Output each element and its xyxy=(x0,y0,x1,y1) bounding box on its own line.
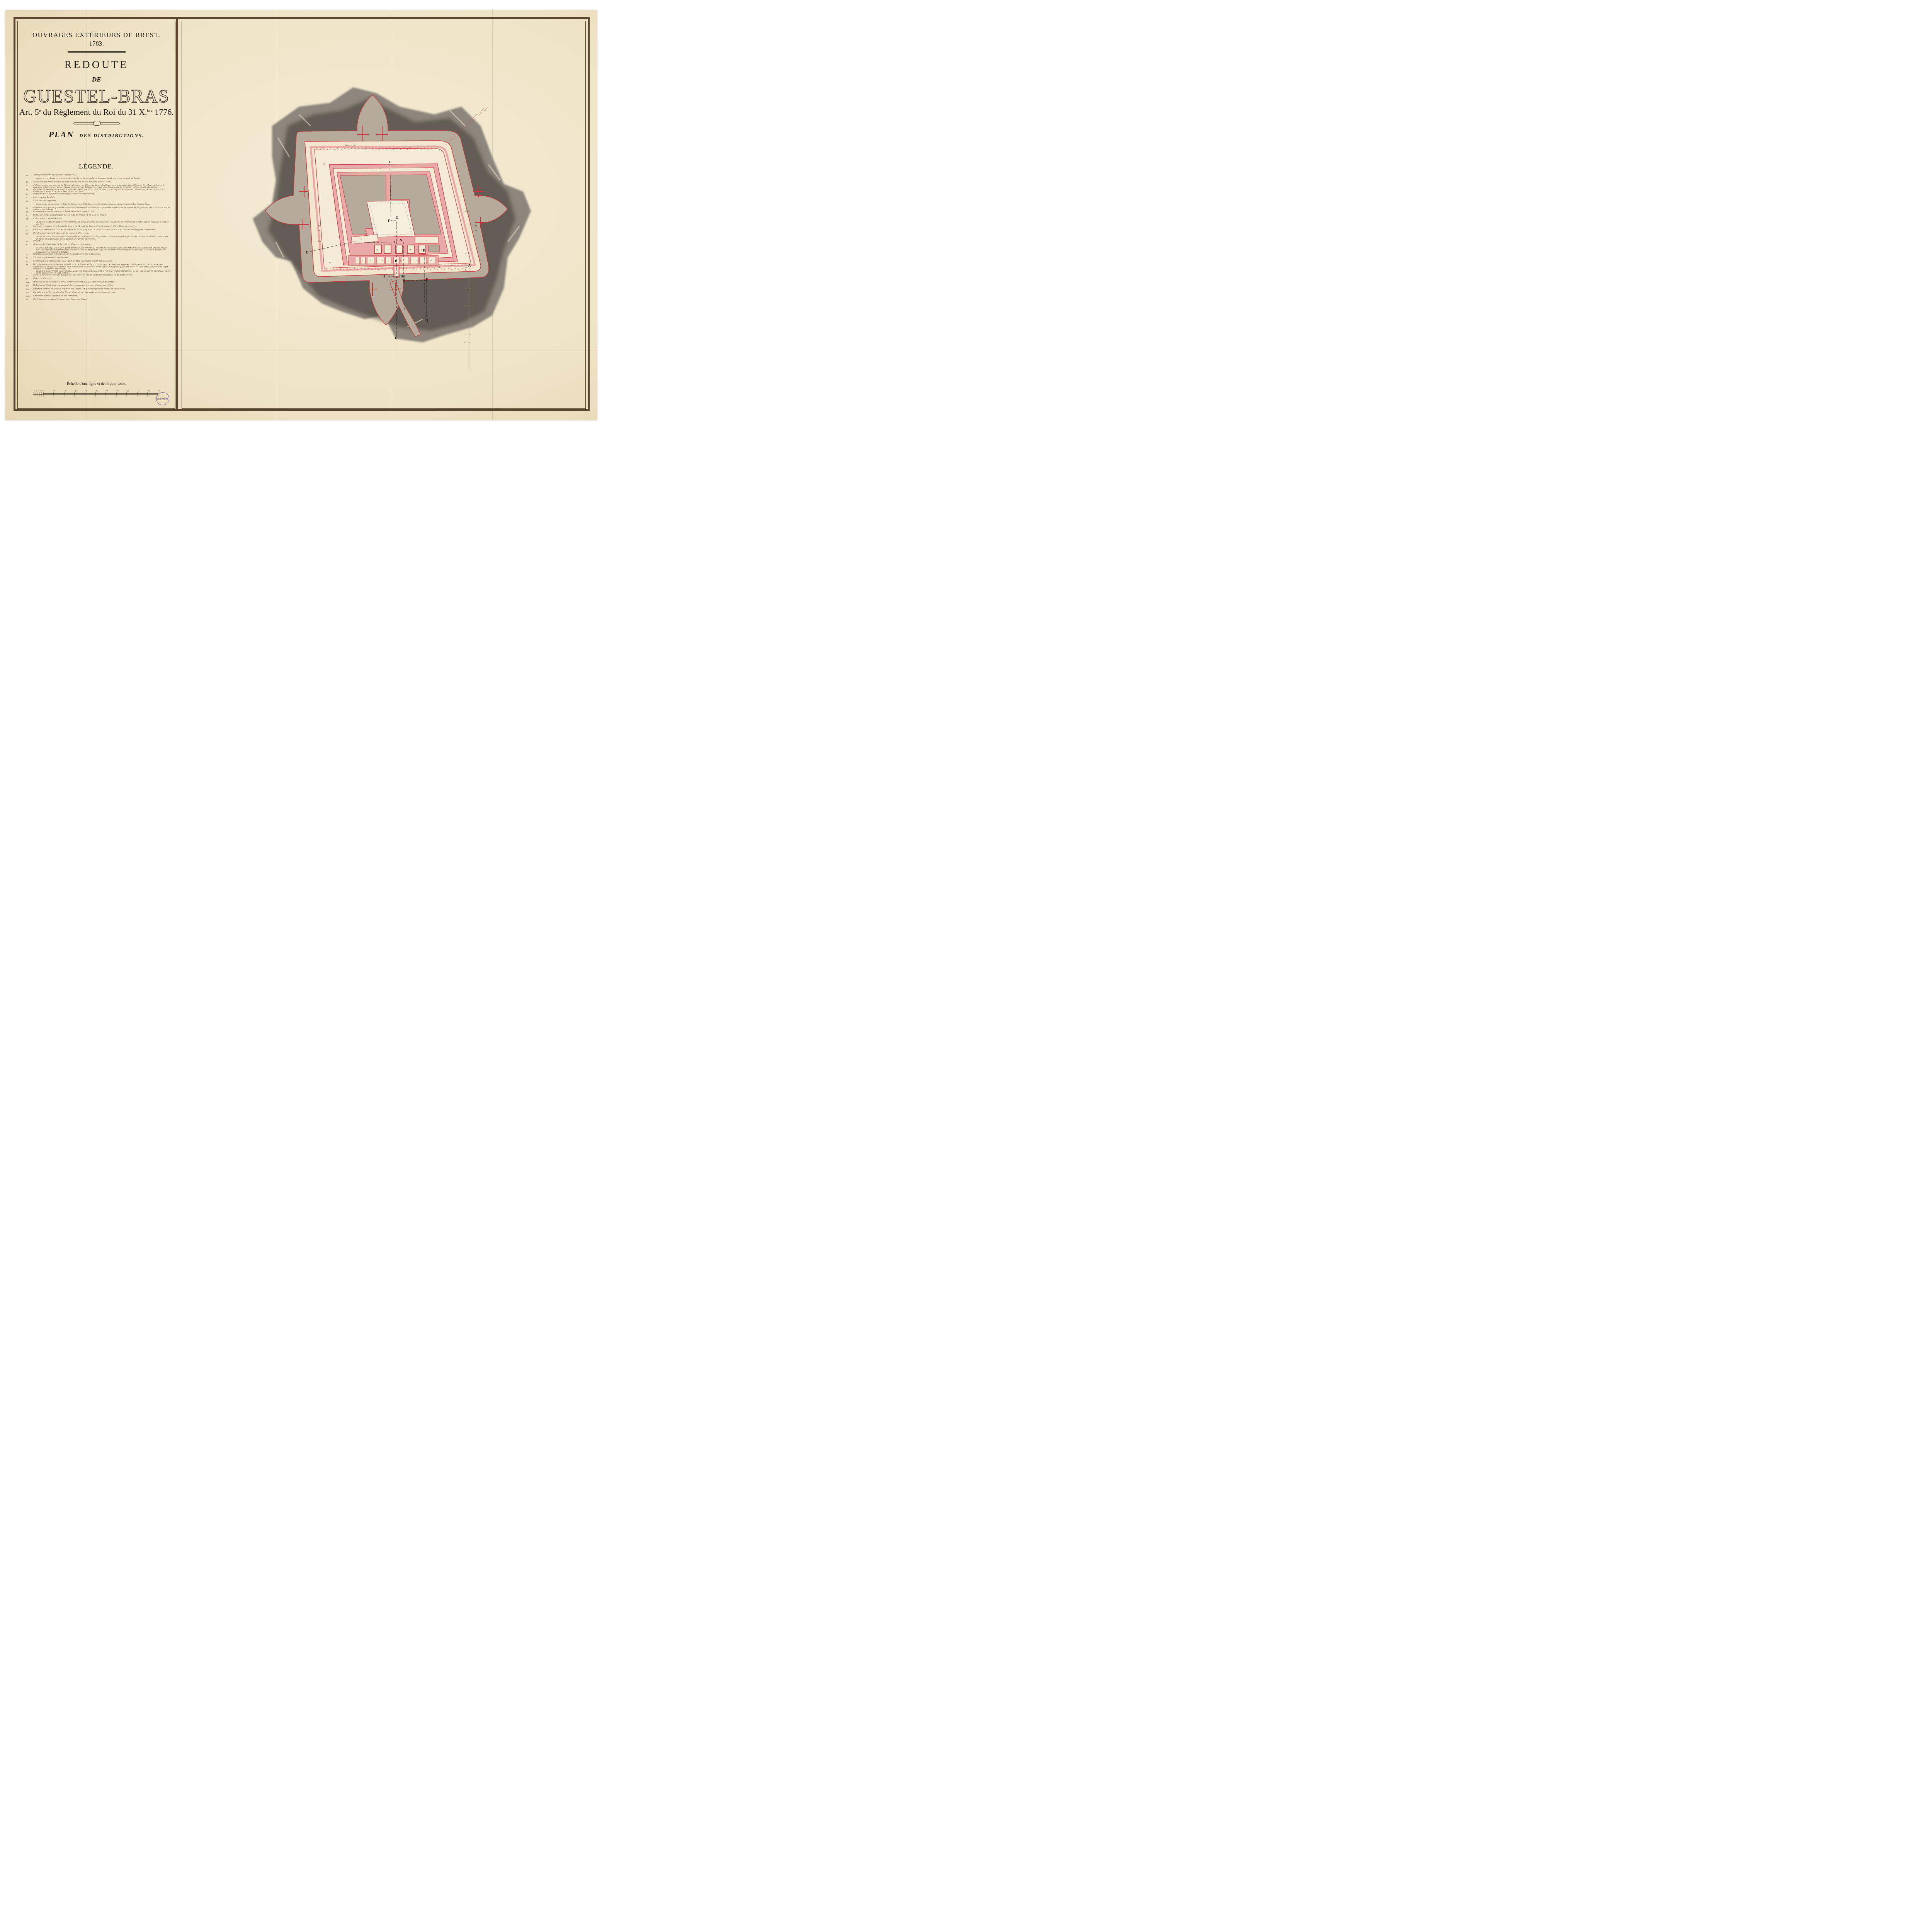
room-label: c xyxy=(383,260,384,262)
room-label: ee xyxy=(318,230,321,232)
room-label: k xyxy=(417,249,418,251)
section-marker: M xyxy=(401,274,405,278)
section-marker: I xyxy=(403,307,405,311)
section-marker: K xyxy=(423,248,425,252)
section-marker: G xyxy=(396,216,398,219)
room-label: aa xyxy=(394,274,396,276)
room-label: ee xyxy=(390,279,392,281)
room-label: dd xyxy=(386,279,388,281)
section-marker: Q xyxy=(425,318,428,322)
room-label: f xyxy=(357,259,357,262)
room-label: ff xyxy=(485,109,486,112)
pencil-scale-label: 30 xyxy=(464,287,468,290)
room-label: bb xyxy=(365,268,367,270)
room-label: e xyxy=(435,260,436,262)
room-label: p xyxy=(361,239,362,241)
room-label: r xyxy=(391,209,392,212)
room-label: b xyxy=(400,260,401,262)
room-label: n xyxy=(421,249,422,251)
room-label: cc xyxy=(329,262,332,264)
room-label: dd xyxy=(353,145,355,147)
room-label: e xyxy=(362,260,363,262)
room-label: dd xyxy=(474,225,477,227)
pencil-scale-label: 5 xyxy=(464,333,466,336)
room-label: d xyxy=(430,260,432,262)
redoubt-body xyxy=(329,164,457,277)
section-marker: O xyxy=(403,279,405,282)
room-label: c xyxy=(376,260,378,262)
room-label: bb xyxy=(438,266,440,269)
room-label: dd xyxy=(318,225,320,227)
pencil-scale-label: 10 xyxy=(464,322,468,325)
section-marker: P xyxy=(426,277,428,281)
room-label: r xyxy=(390,186,391,189)
room-label: o xyxy=(426,240,427,242)
room-label: q xyxy=(376,249,378,251)
section-marker: E xyxy=(389,160,391,164)
section-marker: C xyxy=(394,240,397,244)
pencil-scale-label: 20 xyxy=(464,304,468,307)
room-label: m xyxy=(410,249,412,251)
room-label: k xyxy=(382,249,383,251)
pencil-scale: 100504030201050 xyxy=(464,207,474,369)
room-label: d xyxy=(370,260,371,262)
section-marker: D xyxy=(306,250,309,254)
room-label: bb xyxy=(345,145,348,147)
room-label: c xyxy=(417,260,418,262)
section-marker: F xyxy=(388,219,390,223)
room-label: c xyxy=(411,260,412,262)
section-marker: N xyxy=(400,238,402,242)
room-label: ee xyxy=(475,230,477,232)
pencil-scale-label: 0 xyxy=(464,341,466,344)
room-label: bb xyxy=(318,240,321,243)
room-label: b xyxy=(388,260,389,262)
room-label: cc xyxy=(345,267,348,269)
room-label: a xyxy=(396,260,397,262)
pencil-scale-label: 40 xyxy=(464,270,468,272)
section-marker: L xyxy=(384,274,386,278)
fort-plan: ABCDEFGHIKLMNOPQ abbccccddeefkklmnopqrrs… xyxy=(5,10,597,420)
pencil-scale-label: 50 xyxy=(464,252,468,255)
pencil-scale-label: 100 xyxy=(464,210,469,213)
room-label: ee xyxy=(349,145,351,147)
section-marker: H xyxy=(395,336,398,340)
room-label: cc xyxy=(323,163,325,165)
map-sheet: OUVRAGES EXTÉRIEURS DE BREST. 1783. REDO… xyxy=(5,10,597,420)
